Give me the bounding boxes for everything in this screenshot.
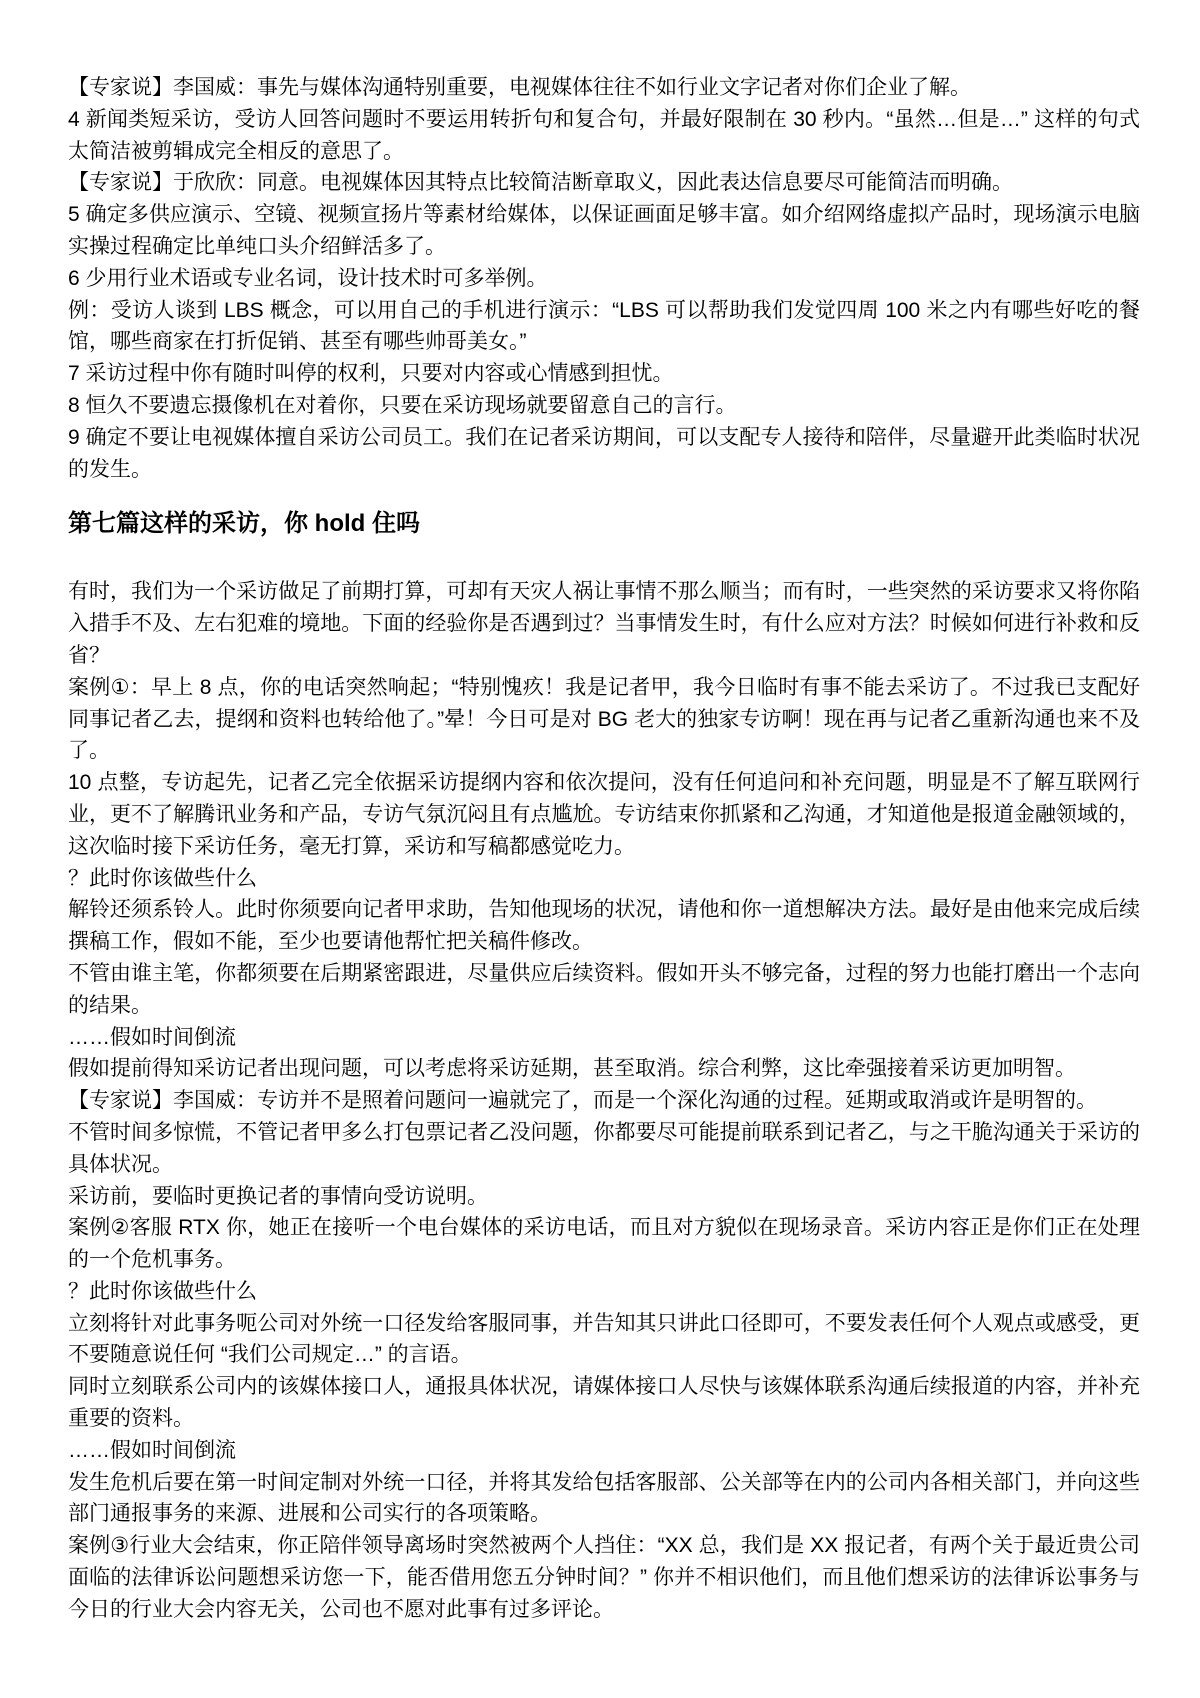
paragraph: 【专家说】李国威：专访并不是照着问题问一遍就完了，而是一个深化沟通的过程。延期或… xyxy=(68,1085,1140,1117)
paragraph: 案例③行业大会结束，你正陪伴领导离场时突然被两个人挡住：“XX 总，我们是 XX… xyxy=(68,1530,1140,1625)
paragraph: 6 少用行业术语或专业名词，设计技术时可多举例。 xyxy=(68,263,1140,295)
paragraph: 假如提前得知采访记者出现问题，可以考虑将采访延期，甚至取消。综合利弊，这比牵强接… xyxy=(68,1053,1140,1085)
paragraph: 10 点整，专访起先，记者乙完全依据采访提纲内容和依次提问，没有任何追问和补充问… xyxy=(68,767,1140,862)
paragraph: 7 采访过程中你有随时叫停的权利，只要对内容或心情感到担忧。 xyxy=(68,358,1140,390)
paragraph: 有时，我们为一个采访做足了前期打算，可却有天灾人祸让事情不那么顺当；而有时，一些… xyxy=(68,576,1140,671)
paragraph: 同时立刻联系公司内的该媒体接口人，通报具体状况，请媒体接口人尽快与该媒体联系沟通… xyxy=(68,1371,1140,1435)
paragraph: 不管时间多惊慌，不管记者甲多么打包票记者乙没问题，你都要尽可能提前联系到记者乙，… xyxy=(68,1117,1140,1181)
chapter-seven-section: 有时，我们为一个采访做足了前期打算，可却有天灾人祸让事情不那么顺当；而有时，一些… xyxy=(68,576,1140,1625)
chapter-heading: 第七篇这样的采访，你 hold 住吗 xyxy=(68,507,1140,541)
paragraph: 解铃还须系铃人。此时你须要向记者甲求助，告知他现场的状况，请他和你一道想解决方法… xyxy=(68,894,1140,958)
paragraph: 不管由谁主笔，你都须要在后期紧密跟进，尽量供应后续资料。假如开头不够完备，过程的… xyxy=(68,958,1140,1022)
paragraph: ……假如时间倒流 xyxy=(68,1022,1140,1054)
paragraph: ？此时你该做些什么 xyxy=(68,1276,1140,1308)
paragraph: ？此时你该做些什么 xyxy=(68,863,1140,895)
paragraph: 【专家说】李国威：事先与媒体沟通特别重要，电视媒体往往不如行业文字记者对你们企业… xyxy=(68,72,1140,104)
paragraph: ……假如时间倒流 xyxy=(68,1435,1140,1467)
paragraph: 9 确定不要让电视媒体擅自采访公司员工。我们在记者采访期间，可以支配专人接待和陪… xyxy=(68,422,1140,486)
paragraph: 立刻将针对此事务呃公司对外统一口径发给客服同事，并告知其只讲此口径即可，不要发表… xyxy=(68,1308,1140,1372)
paragraph: 案例①：早上 8 点，你的电话突然响起；“特别愧疚！我是记者甲，我今日临时有事不… xyxy=(68,672,1140,767)
paragraph: 例：受访人谈到 LBS 概念，可以用自己的手机进行演示：“LBS 可以帮助我们发… xyxy=(68,295,1140,359)
paragraph: 发生危机后要在第一时间定制对外统一口径，并将其发给包括客服部、公关部等在内的公司… xyxy=(68,1467,1140,1531)
paragraph: 4 新闻类短采访，受访人回答问题时不要运用转折句和复合句，并最好限制在 30 秒… xyxy=(68,104,1140,168)
tv-interview-tips-section: 【专家说】李国威：事先与媒体沟通特别重要，电视媒体往往不如行业文字记者对你们企业… xyxy=(68,72,1140,485)
paragraph: 【专家说】于欣欣：同意。电视媒体因其特点比较简洁断章取义，因此表达信息要尽可能简… xyxy=(68,167,1140,199)
paragraph: 8 恒久不要遗忘摄像机在对着你，只要在采访现场就要留意自己的言行。 xyxy=(68,390,1140,422)
paragraph: 案例②客服 RTX 你，她正在接听一个电台媒体的采访电话，而且对方貌似在现场录音… xyxy=(68,1212,1140,1276)
paragraph: 采访前，要临时更换记者的事情向受访说明。 xyxy=(68,1181,1140,1213)
paragraph: 5 确定多供应演示、空镜、视频宣扬片等素材给媒体，以保证画面足够丰富。如介绍网络… xyxy=(68,199,1140,263)
document-page: 【专家说】李国威：事先与媒体沟通特别重要，电视媒体往往不如行业文字记者对你们企业… xyxy=(0,0,1200,1698)
